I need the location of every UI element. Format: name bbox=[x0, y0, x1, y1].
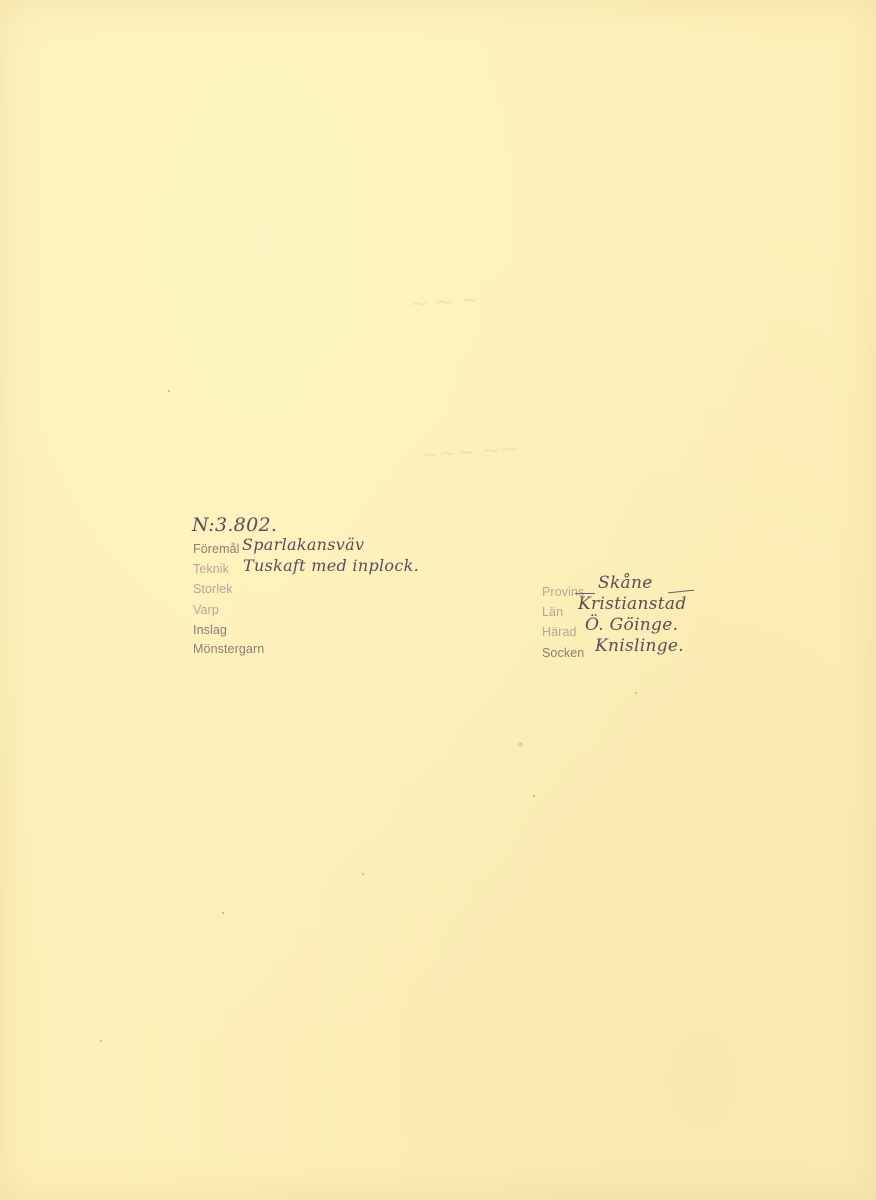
catalog-number: N:3.802. bbox=[192, 514, 277, 536]
paper-speck bbox=[222, 912, 224, 914]
field-label-harad: Härad bbox=[542, 625, 577, 639]
field-label-teknik: Teknik bbox=[193, 562, 229, 576]
underline-stroke bbox=[668, 590, 694, 594]
field-value-foremal: Sparlakansväv bbox=[242, 535, 364, 554]
show-through-mark: ~~~ ~~ bbox=[419, 437, 520, 469]
field-value-teknik: Tuskaft med inplock. bbox=[243, 556, 419, 575]
paper-speck bbox=[518, 742, 523, 747]
field-label-inslag: Inslag bbox=[193, 623, 227, 637]
field-label-monstergarn: Mönstergarn bbox=[193, 642, 264, 656]
field-label-varp: Varp bbox=[193, 603, 219, 617]
field-label-foremal: Föremål bbox=[193, 542, 240, 556]
field-label-lan: Län bbox=[542, 605, 563, 619]
field-value-harad: Ö. Göinge. bbox=[585, 615, 678, 635]
field-value-socken: Knislinge. bbox=[595, 636, 684, 656]
paper-speck bbox=[533, 795, 535, 797]
paper-speck bbox=[362, 873, 364, 875]
field-label-storlek: Storlek bbox=[193, 582, 233, 596]
show-through-mark: ~ ~ ~ bbox=[409, 288, 480, 318]
paper-speck bbox=[100, 1040, 102, 1042]
field-label-socken: Socken bbox=[542, 646, 584, 660]
paper-speck bbox=[635, 692, 637, 694]
field-value-provins: Skåne bbox=[598, 573, 653, 593]
paper-speck bbox=[168, 390, 170, 392]
field-value-lan: Kristianstad bbox=[578, 594, 687, 614]
paper-edge-shading bbox=[0, 0, 876, 1200]
